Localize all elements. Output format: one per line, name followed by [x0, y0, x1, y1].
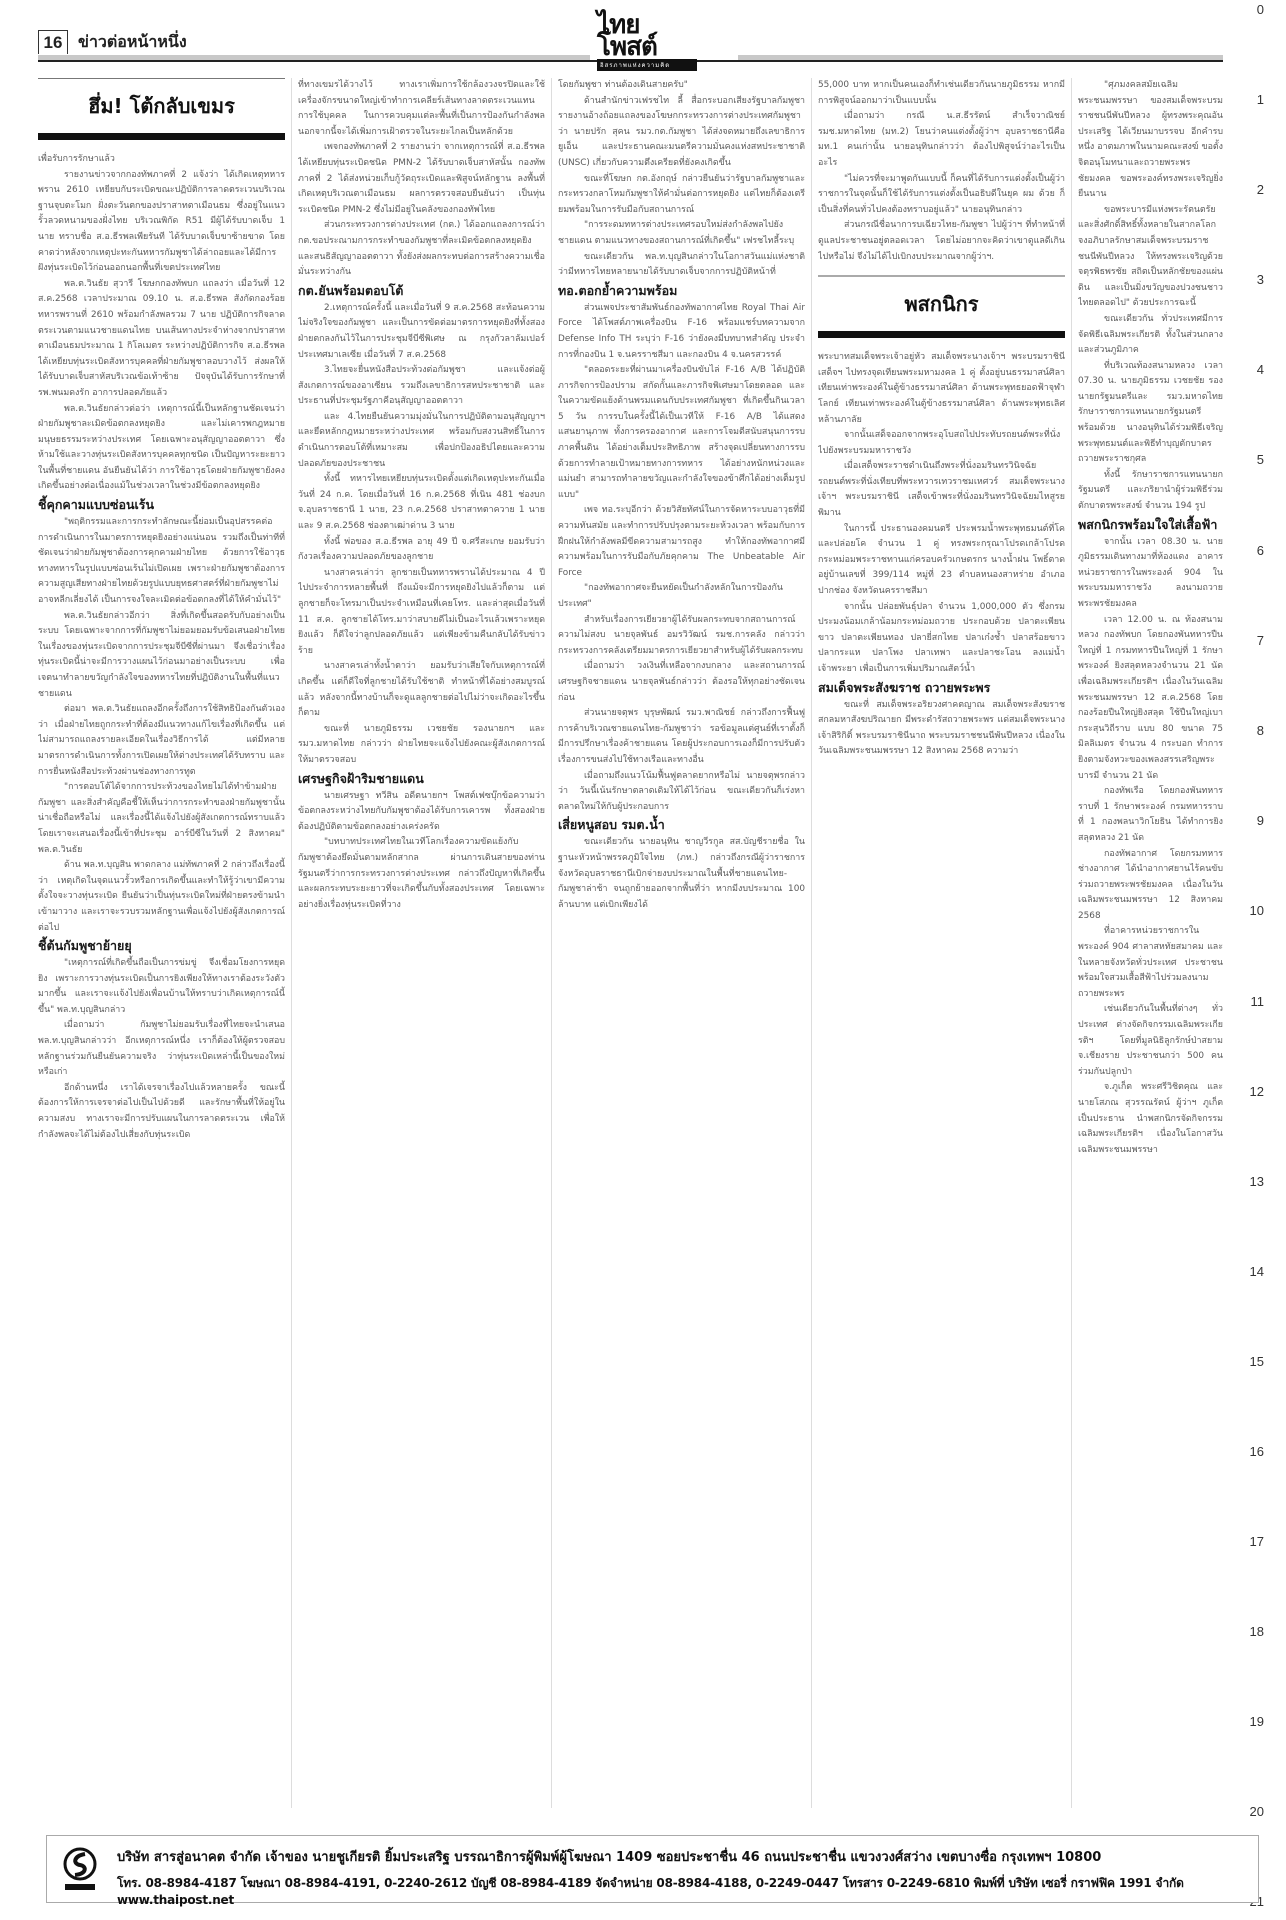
- paragraph: "บทบาทประเทศไทยในเวทีโลกเรื่องความขัดแย้…: [298, 835, 545, 913]
- line-number: 3: [1257, 272, 1264, 287]
- subheading: ชี้ต้นกัมพูชาย้ายยุ: [38, 937, 285, 955]
- article-headline: พสกนิกร: [818, 291, 1065, 317]
- paragraph: 3.ไทยจะยื่นหนังสือประท้วงต่อกัมพูชา และแ…: [298, 363, 545, 410]
- paragraph: และ 4.ไทยยืนยันความมุ่งมั่นในการปฏิบัติต…: [298, 410, 545, 472]
- paragraph: นางสาครเล่าว่า ลูกชายเป็นทหารพรานได้ประม…: [298, 566, 545, 660]
- newspaper-logo: ไทยโพสต์ อิสรภาพแห่งความคิด: [597, 14, 697, 44]
- paragraph: "การระดมทหารต่างประเทศรอบใหม่ส่งกำลังพลไ…: [558, 218, 805, 249]
- publisher-line: บริษัท สารสู่อนาคต จำกัด เจ้าของ นายชูเก…: [117, 1846, 1101, 1867]
- paragraph: ขณะเดียวกัน ทั่วประเทศมีการจัดพิธีเฉลิมพ…: [1078, 312, 1223, 359]
- column-divider: [551, 78, 552, 1808]
- paragraph: เพจ ทอ.ระบุอีกว่า ด้วยวิสัยทัศน์ในการจัด…: [558, 503, 805, 581]
- paragraph: ทั้งนี้ รักษาราชการแทนนายกรัฐมนตรี และภร…: [1078, 468, 1223, 515]
- paragraph: 2.เหตุการณ์ครั้งนี้ และเมื่อวันที่ 9 ส.ค…: [298, 301, 545, 363]
- paragraph: ต่อมา พล.ต.วินธัยแถลงอีกครั้งถึงการใช้สิ…: [38, 702, 285, 780]
- line-number: 18: [1250, 1624, 1264, 1639]
- page-number: 16: [38, 30, 68, 54]
- paragraph: นางสาครเล่าทั้งน้ำตาว่า ยอมรับว่าเสียใจก…: [298, 659, 545, 721]
- paragraph: ส่วนเพจประชาสัมพันธ์กองทัพอากาศไทย Royal…: [558, 301, 805, 363]
- paragraph: จากนั้นเสด็จออกจากพระอุโบสถไปประทับรถยนต…: [818, 428, 1065, 459]
- paragraph: ที่บริเวณท้องสนามหลวง เวลา 07.30 น. นายภ…: [1078, 359, 1223, 468]
- line-number: 4: [1257, 362, 1264, 377]
- paragraph: "ไม่ควรที่จะมาพูดกันแบบนี้ ก็คนที่ได้รับ…: [818, 172, 1065, 219]
- newspaper-page: 16 ข่าวต่อหน้าหนึ่ง ไทยโพสต์ อิสรภาพแห่ง…: [0, 0, 1286, 1920]
- paragraph: ในการนี้ ประธานองคมนตรี ประพรมน้ำพระพุทธ…: [818, 522, 1065, 600]
- paragraph: ขณะที่โฆษก กต.อังกฤษ์ กล่าวยืนยันว่ารัฐบ…: [558, 172, 805, 219]
- paragraph: กองทัพอากาศ โดยกรมทหารช่างอากาศ ได้นำอาก…: [1078, 847, 1223, 925]
- column-divider: [291, 78, 292, 1808]
- paragraph: ด้านสำนักข่าวเฟรชไท ลี้ สื่อกระบอกเสียงร…: [558, 94, 805, 172]
- paragraph: อีกด้านหนึ่ง เราได้เจรจาเรื่องไปแล้วหลาย…: [38, 1081, 285, 1143]
- line-number: 6: [1257, 543, 1264, 558]
- paragraph: สำหรับเรื่องการเยียวยาผู้ได้รับผลกระทบจา…: [558, 613, 805, 660]
- paragraph: ส่วนกรณีชื่อนาการบเฉียวไทย-กัมพูชา ไปผู้…: [818, 218, 1065, 265]
- line-number: 7: [1257, 633, 1264, 648]
- line-number: 10: [1250, 903, 1264, 918]
- paragraph: ขณะที่ สมเด็จพระอริยวงศาคตญาณ สมเด็จพระส…: [818, 698, 1065, 760]
- line-number: 17: [1250, 1534, 1264, 1549]
- paragraph: 55,000 บาท หากเป็นคนเองก็ทำเช่นเดียวกันน…: [818, 78, 1065, 109]
- line-number: 0: [1257, 2, 1264, 17]
- publisher-logo-icon: [63, 1846, 97, 1894]
- paragraph: ทั้งนี้ พ่อของ ส.อ.ธีรพล อายุ 49 ปี จ.ศร…: [298, 535, 545, 566]
- line-number: 8: [1257, 723, 1264, 738]
- paragraph: กองทัพเรือ โดยกองพันทหารราบที่ 1 รักษาพร…: [1078, 784, 1223, 846]
- paragraph: เวลา 12.00 น. ณ ท้องสนามหลวง กองทัพบก โด…: [1078, 613, 1223, 785]
- section-title: ข่าวต่อหน้าหนึ่ง: [78, 30, 187, 55]
- column-3: โดยกัมพูชา ท่านต้องเดินสายครับ" ด้านสำนั…: [558, 78, 805, 1808]
- headline-rule-bottom: [38, 133, 285, 140]
- paragraph: เมื่อถามว่า วงเงินที่เหลือจากงบกลาง และส…: [558, 659, 805, 706]
- paragraph: โดยกัมพูชา ท่านต้องเดินสายครับ": [558, 78, 805, 94]
- paragraph: "ศุภมงคลสมัยเฉลิมพระชนมพรรษา ของสมเด็จพร…: [1078, 78, 1223, 203]
- line-number: 19: [1250, 1714, 1264, 1729]
- subheading: กต.ยันพร้อมตอบโต้: [298, 282, 545, 300]
- paragraph: ส่วนกระทรวงการต่างประเทศ (กต.) ได้ออกแถล…: [298, 218, 545, 280]
- publisher-footer: บริษัท สารสู่อนาคต จำกัด เจ้าของ นายชูเก…: [46, 1835, 1259, 1903]
- headline-rule-bottom: [818, 331, 1065, 338]
- line-number: 11: [1251, 994, 1265, 1009]
- paragraph: เมื่อเสด็จพระราชดำเนินถึงพระที่นั่งอมริน…: [818, 459, 1065, 521]
- headline-box: ฮึ่ม! โต้กลับเขมร: [38, 78, 285, 140]
- paragraph: พระบาทสมเด็จพระเจ้าอยู่หัว สมเด็จพระนางเ…: [818, 350, 1065, 428]
- paragraph: เพื่อรับการรักษาแล้ว: [38, 152, 285, 168]
- paragraph: นายเศรษฐา ทวีสิน อดีตนายกฯ โพสต์เฟซบุ๊กข…: [298, 789, 545, 836]
- subheading: เสี่ยหนูสอบ รมต.น้ำ: [558, 816, 805, 834]
- line-number: 16: [1250, 1444, 1264, 1459]
- line-number: 14: [1250, 1264, 1264, 1279]
- line-number: 2: [1257, 182, 1264, 197]
- paragraph: ขณะที่ นายภูมิธรรม เวชยชัย รองนายกฯ และ …: [298, 722, 545, 769]
- paragraph: ขอพระบารมีแห่งพระรัตนตรัยและสิ่งศักดิ์สิ…: [1078, 203, 1223, 312]
- paragraph: "พฤติกรรมและการกระทำลักษณะนี้ย่อมเป็นอุป…: [38, 515, 285, 609]
- column-5: "ศุภมงคลสมัยเฉลิมพระชนมพรรษา ของสมเด็จพร…: [1078, 78, 1223, 1808]
- paragraph: จากนั้น เวลา 08.30 น. นายภูมิธรรมเดินทาง…: [1078, 535, 1223, 613]
- column-divider: [1071, 78, 1072, 1808]
- paragraph: จากนั้น ปล่อยพันธุ์ปลา จำนวน 1,000,000 ต…: [818, 600, 1065, 678]
- paragraph: "การตอบโต้ได้จากการประท้วงของไทยไม่ได้ทำ…: [38, 780, 285, 858]
- contact-line: โทร. 08-8984-4187 โฆษณา 08-8984-4191, 0-…: [117, 1874, 1258, 1907]
- subheading: พสกนิกรพร้อมใจใส่เสื้อฟ้า: [1078, 516, 1223, 534]
- paragraph: เช่นเดียวกันในพื้นที่ต่างๆ ทั่วประเทศ ต่…: [1078, 1002, 1223, 1080]
- paragraph: "เหตุการณ์ที่เกิดขึ้นถือเป็นการข่มขู่ จึ…: [38, 956, 285, 1018]
- paragraph: จ.ภูเก็ต พระศรีวิชิตคุณ และนายโสภณ สุวรร…: [1078, 1080, 1223, 1158]
- paragraph: พล.ต.วินธัยกล่าวต่อว่า เหตุการณ์นี้เป็นห…: [38, 402, 285, 496]
- column-2: ที่ทางเขมรได้วางไว้ ทางเราเพิ่มการใช้กล้…: [298, 78, 545, 1808]
- paragraph: ทั้งนี้ ทหารไทยเหยียบทุ่นระเบิดตั้งแต่เก…: [298, 472, 545, 534]
- column-1: ฮึ่ม! โต้กลับเขมร เพื่อรับการรักษาแล้ว ร…: [38, 78, 285, 1808]
- line-number: 9: [1257, 813, 1264, 828]
- line-number: 1: [1257, 92, 1264, 107]
- line-number: 13: [1250, 1174, 1264, 1189]
- paragraph: ส่วนนายจตุพร บุรุษพัฒน์ รมว.พาณิชย์ กล่า…: [558, 706, 805, 768]
- paragraph: ขณะเดียวกัน พล.ท.บุญสินกล่าวในโอกาสวันแม…: [558, 250, 805, 281]
- headline-rule-top: [38, 78, 285, 79]
- paragraph: เมื่อถามถึงแนวโน้มฟื้นฟูตลาดยากหรือไม่ น…: [558, 769, 805, 816]
- column-4: 55,000 บาท หากเป็นคนเองก็ทำเช่นเดียวกันน…: [818, 78, 1065, 1808]
- headline-rule-top: [818, 275, 1065, 277]
- paragraph: เมื่อถามว่า กรณี น.ส.ธีรรัตน์ สำเร็จวาณิ…: [818, 109, 1065, 171]
- line-number: 5: [1257, 452, 1264, 467]
- subheading: ทอ.ตอกย้ำความพร้อม: [558, 282, 805, 300]
- paragraph: "กองทัพอากาศจะยืนหยัดเป็นกำลังหลักในการป…: [558, 581, 805, 612]
- logo-name: ไทยโพสต์: [597, 14, 697, 58]
- line-number: 20: [1250, 1804, 1264, 1819]
- paragraph: รายงานข่าวจากกองทัพภาคที่ 2 แจ้งว่า ได้เ…: [38, 168, 285, 277]
- article-headline-box: พสกนิกร: [818, 275, 1065, 338]
- paragraph: "ตลอดระยะที่ผ่านมาเครื่องบินขับไล่ F-16 …: [558, 363, 805, 503]
- subheading: เศรษฐกิจฝ้าริมชายแดน: [298, 770, 545, 788]
- subheading: ชี้คุกคามแบบซ่อนเร้น: [38, 496, 285, 514]
- column-divider: [811, 78, 812, 1808]
- headline: ฮึ่ม! โต้กลับเขมร: [38, 93, 285, 119]
- line-number: 15: [1250, 1354, 1264, 1369]
- paragraph: ที่ทางเขมรได้วางไว้ ทางเราเพิ่มการใช้กล้…: [298, 78, 545, 140]
- subheading: สมเด็จพระสังฆราช ถวายพระพร: [818, 679, 1065, 697]
- paragraph: ที่อาคารหน่วยราชการในพระองค์ 904 ศาลาสหท…: [1078, 924, 1223, 1002]
- paragraph: พล.ต.วินธัย สุวารี โฆษกกองทัพบก แถลงว่า …: [38, 277, 285, 402]
- paragraph: พล.ต.วินธัยกล่าวอีกว่า สิ่งที่เกิดขึ้นสอ…: [38, 609, 285, 703]
- paragraph: เพจกองทัพภาคที่ 2 รายงานว่า จากเหตุการณ์…: [298, 140, 545, 218]
- logo-tagline: อิสรภาพแห่งความคิด: [597, 59, 697, 71]
- paragraph: ขณะเดียวกัน นายอนุทิน ชาญวีรกูล สส.บัญชี…: [558, 835, 805, 913]
- line-number: 12: [1250, 1084, 1264, 1099]
- paragraph: เมื่อถามว่า กัมพูชาไม่ยอมรับเรื่องที่ไทย…: [38, 1018, 285, 1080]
- paragraph: ด้าน พล.ท.บุญสิน พาดกลาง แม่ทัพภาคที่ 2 …: [38, 858, 285, 936]
